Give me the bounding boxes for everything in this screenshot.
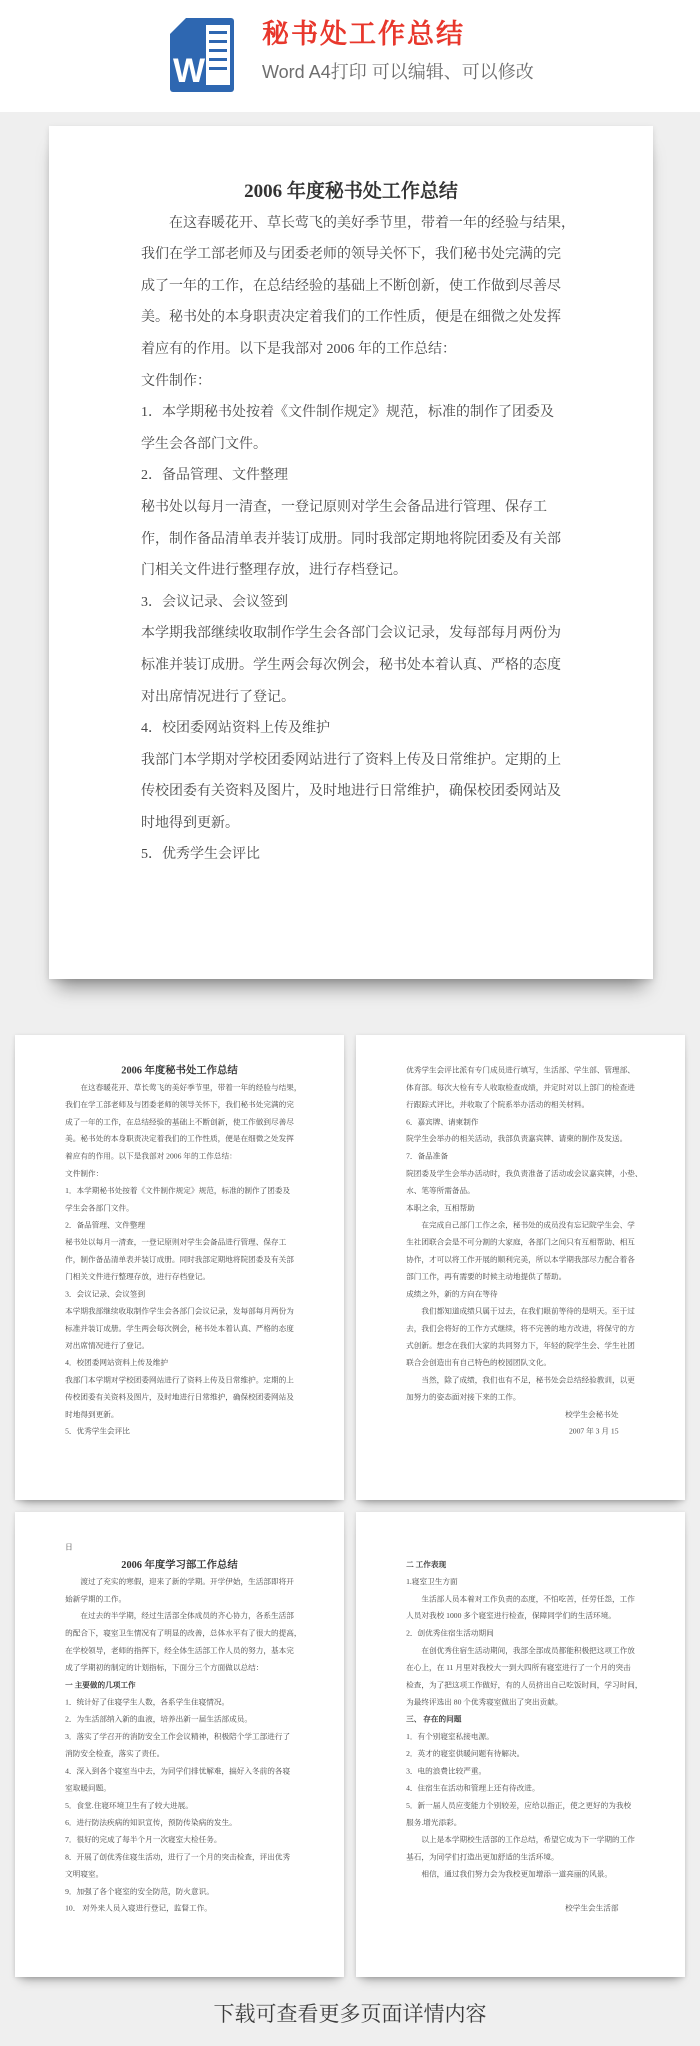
document-line: 生社团联合会是不可分割的大家庭，各部门之间只有互相帮助、相互 (406, 1234, 635, 1251)
document-line: 我们都知道成绩只属于过去，在我们眼前等待的是明天。至于过 (406, 1303, 635, 1320)
document-line: 校学生会生活部 (406, 1901, 635, 1918)
document-line: 10． 对外来人员入寝进行登记，监督工作。 (65, 1901, 294, 1918)
document-line: 室取暖问题。 (65, 1780, 294, 1797)
document-line: 3．会议记录、会议签到 (65, 1286, 294, 1303)
document-line: 1.寝室卫生方面 (406, 1574, 635, 1591)
more-pages-caption: 下载可查看更多页面详情内容 (0, 1998, 700, 2028)
document-line: 在完成自己部门工作之余，秘书处的成员没有忘记院学生会、学 (406, 1217, 635, 1234)
document-line: 门相关文件进行整理存放，进行存档登记。 (141, 555, 561, 587)
document-line: 本职之余，互相帮助 (406, 1200, 635, 1217)
page-fold-decoration (170, 18, 186, 34)
page-1-content: 2006 年度秘书处工作总结在这春暖花开、草长莺飞的美好季节里，带着一年的经验与… (49, 126, 653, 871)
document-line: 秘书处以每月一清查，一登记原则对学生会备品进行管理、保存工 (65, 1234, 294, 1251)
document-line: 基石，为同学们打造出更加舒适的生活环境。 (406, 1849, 635, 1866)
document-line: 学生会各部门文件。 (141, 429, 561, 461)
document-line: 文件制作： (141, 366, 561, 398)
document-line: 4．校团委网站资料上传及维护 (141, 713, 561, 745)
document-line: 2006 年度学习部工作总结 (65, 1556, 294, 1573)
document-line: 为最终评选出 80 个优秀寝室做出了突出贡献。 (406, 1694, 635, 1711)
page-thumbnail-1[interactable]: 2006 年度秘书处工作总结在这春暖花开、草长莺飞的美好季节里，带着一年的经验与… (15, 1035, 344, 1500)
document-line: 一 主要做的几项工作 (65, 1677, 294, 1694)
document-line: 3．会议记录、会议签到 (141, 587, 561, 619)
document-subtitle: Word A4打印 可以编辑、可以修改 (262, 58, 534, 84)
document-line: 在学校领导，老师的指挥下，经全体生活部工作人员的努力，基本完 (65, 1642, 294, 1659)
document-line: 人员对我校 1000 多个寝室进行检查，保障同学们的生活环境。 (406, 1608, 635, 1625)
document-line: 美。秘书处的本身职责决定着我们的工作性质，便是在细微之处发挥 (65, 1131, 294, 1148)
document-line: 门相关文件进行整理存放，进行存档登记。 (65, 1269, 294, 1286)
document-line: 秘书处以每月一清查，一登记原则对学生会备品进行管理、保存工 (141, 492, 561, 524)
page-2-thumb-content: 优秀学生会评比派有专门成员进行填写，生活部、学生部、管理部、体育部。每次大检有专… (356, 1035, 685, 1441)
page-thumbnail-3[interactable]: 日2006 年度学习部工作总结渡过了充实的寒假，迎来了新的学期。开学伊始，生活部… (15, 1512, 344, 1977)
document-line: 2006 年度秘书处工作总结 (65, 1062, 294, 1079)
document-line: 的配合下，寝室卫生情况有了明显的改善，总体水平有了很大的提高， (65, 1625, 294, 1642)
document-line: 成了学期初的制定的计划指标，下面分三个方面做以总结： (65, 1660, 294, 1677)
document-line: 校学生会秘书处 (406, 1406, 635, 1423)
document-line: 着应有的作用。以下是我部对 2006 年的工作总结： (141, 334, 561, 366)
document-line: 日 (65, 1539, 294, 1556)
document-line: 本学期我部继续收取制作学生会各部门会议记录，发每部每月两份为 (141, 618, 561, 650)
document-line: 成了一年的工作，在总结经验的基础上不断创新，使工作做到尽善尽 (65, 1114, 294, 1131)
document-sheet-decoration (206, 25, 230, 85)
document-line: 1．统计好了住寝学生人数，各系学生住寝情况。 (65, 1694, 294, 1711)
document-line: 2．备品管理、文件整理 (65, 1217, 294, 1234)
document-line: 1．有个别寝室私接电源。 (406, 1729, 635, 1746)
document-line: 3．落实了学召开的消防安全工作会议精神，积极陪个学工部进行了 (65, 1729, 294, 1746)
document-line: 标准并装订成册。学生两会每次例会，秘书处本着认真、严格的态度 (65, 1320, 294, 1337)
document-line: 传校团委有关资料及图片，及时地进行日常维护，确保校团委网站及 (141, 776, 561, 808)
document-line: 4．深入到各个寝室当中去，为同学们排忧解难，搞好入冬前的各寝 (65, 1763, 294, 1780)
document-line: 三、 存在的问题 (406, 1711, 635, 1728)
document-line: 2．英才的寝室供暖问题有待解决。 (406, 1746, 635, 1763)
document-line: 我们在学工部老师及与团委老师的领导关怀下，我们秘书处完满的完 (65, 1097, 294, 1114)
document-line: 以上是本学期校生活部的工作总结，希望它成为下一学期的工作 (406, 1832, 635, 1849)
document-line: 4．住宿生在活动和管理上还有待改进。 (406, 1780, 635, 1797)
document-line: 生活部人员本着对工作负责的态度，不怕吃苦，任劳任怨，工作 (406, 1591, 635, 1608)
document-line: 时地得到更新。 (141, 808, 561, 840)
document-line: 1．本学期秘书处按着《文件制作规定》规范，标准的制作了团委及 (141, 397, 561, 429)
document-line: 体育部。每次大检有专人收取检查成绩，并定时对以上部门的检查进 (406, 1079, 635, 1096)
document-line: 检查，为了把这项工作做好，有的人员挤出自己吃饭时间，学习时间， (406, 1677, 635, 1694)
document-line: 消防安全检查，落实了责任。 (65, 1746, 294, 1763)
document-line: 3．电的浪费比较严重。 (406, 1763, 635, 1780)
document-line: 6．进行防法疾病的知识宣传，预防传染病的发生。 (65, 1815, 294, 1832)
page-thumbnail-4[interactable]: 二 工作表现1.寝室卫生方面生活部人员本着对工作负责的态度，不怕吃苦，任劳任怨，… (356, 1512, 685, 1977)
document-line: 本学期我部继续收取制作学生会各部门会议记录，发每部每月两份为 (65, 1303, 294, 1320)
document-line: 行跟踪式评比，并收取了个院系举办活动的相关材料。 (406, 1097, 635, 1114)
document-line: 部门工作，再有需要的时候主动地提供了帮助。 (406, 1269, 635, 1286)
word-document-icon: W (170, 18, 234, 92)
word-w-letter: W (173, 54, 205, 88)
document-line: 对出席情况进行了登记。 (141, 682, 561, 714)
document-line: 成了一年的工作，在总结经验的基础上不断创新，使工作做到尽善尽 (141, 271, 561, 303)
document-line: 2．创优秀住宿生活动期间 (406, 1625, 635, 1642)
document-line: 在这春暖花开、草长莺飞的美好季节里，带着一年的经验与结果， (141, 208, 561, 240)
document-line: 作，制作备品清单表并装订成册。同时我部定期地将院团委及有关部 (141, 524, 561, 556)
document-line: 2．为生活部纳入新的血液，培养出新一届生活部成员。 (65, 1711, 294, 1728)
document-line: 加努力的姿态面对接下来的工作。 (406, 1389, 635, 1406)
document-line: 文明寝室。 (65, 1866, 294, 1883)
document-line: 2006 年度秘书处工作总结 (141, 176, 561, 208)
document-line: 时地得到更新。 (65, 1406, 294, 1423)
document-line: 7．备品准备 (406, 1148, 635, 1165)
document-line: 传校团委有关资料及图片，及时地进行日常维护，确保校团委网站及 (65, 1389, 294, 1406)
document-line: 协作，才可以将工作开展的顺利完美，所以本学期我部尽力配合着各 (406, 1252, 635, 1269)
page-thumbnail-2[interactable]: 优秀学生会评比派有专门成员进行填写，生活部、学生部、管理部、体育部。每次大检有专… (356, 1035, 685, 1500)
document-line: 文件制作： (65, 1165, 294, 1182)
document-line: 1．本学期秘书处按着《文件制作规定》规范，标准的制作了团委及 (65, 1183, 294, 1200)
document-line: 式创新。想念在我们大家的共同努力下，年轻的院学生会、学生社团 (406, 1338, 635, 1355)
document-line: 在创优秀住宿生活动期间，我部全部成员都能积极把这项工作放 (406, 1642, 635, 1659)
document-line: 成绩之外，新的方向在等待 (406, 1286, 635, 1303)
document-line (406, 1539, 635, 1556)
page-3-thumb-content: 日2006 年度学习部工作总结渡过了充实的寒假，迎来了新的学期。开学伊始，生活部… (15, 1512, 344, 1918)
document-line: 院团委及学生会举办活动时，我负责准备了活动或会议嘉宾牌，小垫、 (406, 1165, 635, 1182)
document-line: 优秀学生会评比派有专门成员进行填写，生活部、学生部、管理部、 (406, 1062, 635, 1079)
document-line: 6．嘉宾牌、请柬制作 (406, 1114, 635, 1131)
document-line: 当然，除了成绩，我们也有不足，秘书处会总结经验教训，以更 (406, 1372, 635, 1389)
document-line: 作，制作备品清单表并装订成册。同时我部定期地将院团委及有关部 (65, 1252, 294, 1269)
document-line: 2007 年 3 月 15 (406, 1424, 635, 1441)
document-line: 水、笔等所需备品。 (406, 1183, 635, 1200)
header-bar: W 秘书处工作总结 Word A4打印 可以编辑、可以修改 (0, 0, 700, 112)
document-line: 二 工作表现 (406, 1556, 635, 1573)
page-1-thumb-content: 2006 年度秘书处工作总结在这春暖花开、草长莺飞的美好季节里，带着一年的经验与… (15, 1035, 344, 1441)
document-line: 5．新一届人员应变能力个别较差，应给以指正，使之更好的为我校 (406, 1797, 635, 1814)
document-line (406, 1883, 635, 1900)
document-line: 在过去的半学期，经过生活部全体成员的齐心协力，各系生活部 (65, 1608, 294, 1625)
document-line: 我部门本学期对学校团委网站进行了资料上传及日常维护。定期的上 (141, 745, 561, 777)
document-line: 美。秘书处的本身职责决定着我们的工作性质，便是在细微之处发挥 (141, 302, 561, 334)
document-line: 院学生会举办的相关活动，我部负责嘉宾牌、请柬的制作及发送。 (406, 1131, 635, 1148)
document-line: 5．食堂.住寝环境卫生有了较大进展。 (65, 1797, 294, 1814)
page-preview-large[interactable]: 2006 年度秘书处工作总结在这春暖花开、草长莺飞的美好季节里，带着一年的经验与… (49, 126, 653, 979)
document-line: 在心上，在 11 月里对我校大一到大四所有寝室进行了一个月的突击 (406, 1660, 635, 1677)
document-line: 4．校团委网站资料上传及维护 (65, 1355, 294, 1372)
document-line: 在这春暖花开、草长莺飞的美好季节里，带着一年的经验与结果， (65, 1079, 294, 1096)
page-4-thumb-content: 二 工作表现1.寝室卫生方面生活部人员本着对工作负责的态度，不怕吃苦，任劳任怨，… (356, 1512, 685, 1918)
document-line: 标准并装订成册。学生两会每次例会，秘书处本着认真、严格的态度 (141, 650, 561, 682)
document-line: 服务.增光添彩。 (406, 1815, 635, 1832)
document-line: 相信，通过我们努力会为我校更加增添一道亮丽的风景。 (406, 1866, 635, 1883)
document-line: 着应有的作用。以下是我部对 2006 年的工作总结： (65, 1148, 294, 1165)
document-line: 对出席情况进行了登记。 (65, 1338, 294, 1355)
document-line: 9．加强了各个寝室的安全防范，防火意识。 (65, 1883, 294, 1900)
document-line: 我们在学工部老师及与团委老师的领导关怀下，我们秘书处完满的完 (141, 239, 561, 271)
document-line: 2．备品管理、文件整理 (141, 460, 561, 492)
document-line: 7．很好的完成了每半个月一次寝室大检任务。 (65, 1832, 294, 1849)
document-line: 5．优秀学生会评比 (65, 1424, 294, 1441)
document-line: 我部门本学期对学校团委网站进行了资料上传及日常维护。定期的上 (65, 1372, 294, 1389)
page-root: W 秘书处工作总结 Word A4打印 可以编辑、可以修改 2006 年度秘书处… (0, 0, 700, 2046)
document-line: 学生会各部门文件。 (65, 1200, 294, 1217)
document-title: 秘书处工作总结 (262, 12, 465, 51)
document-line: 渡过了充实的寒假，迎来了新的学期。开学伊始，生活部即将开 (65, 1574, 294, 1591)
document-line: 去，我们会将好的工作方式继续，将不完善的地方改进，将保守的方 (406, 1320, 635, 1337)
document-line: 联合会创造出有自己特色的校园团队文化。 (406, 1355, 635, 1372)
document-line: 始新学期的工作。 (65, 1591, 294, 1608)
document-line: 5．优秀学生会评比 (141, 839, 561, 871)
document-line: 8．开展了创优秀住寝生活动，进行了一个月的突击检查，评出优秀 (65, 1849, 294, 1866)
